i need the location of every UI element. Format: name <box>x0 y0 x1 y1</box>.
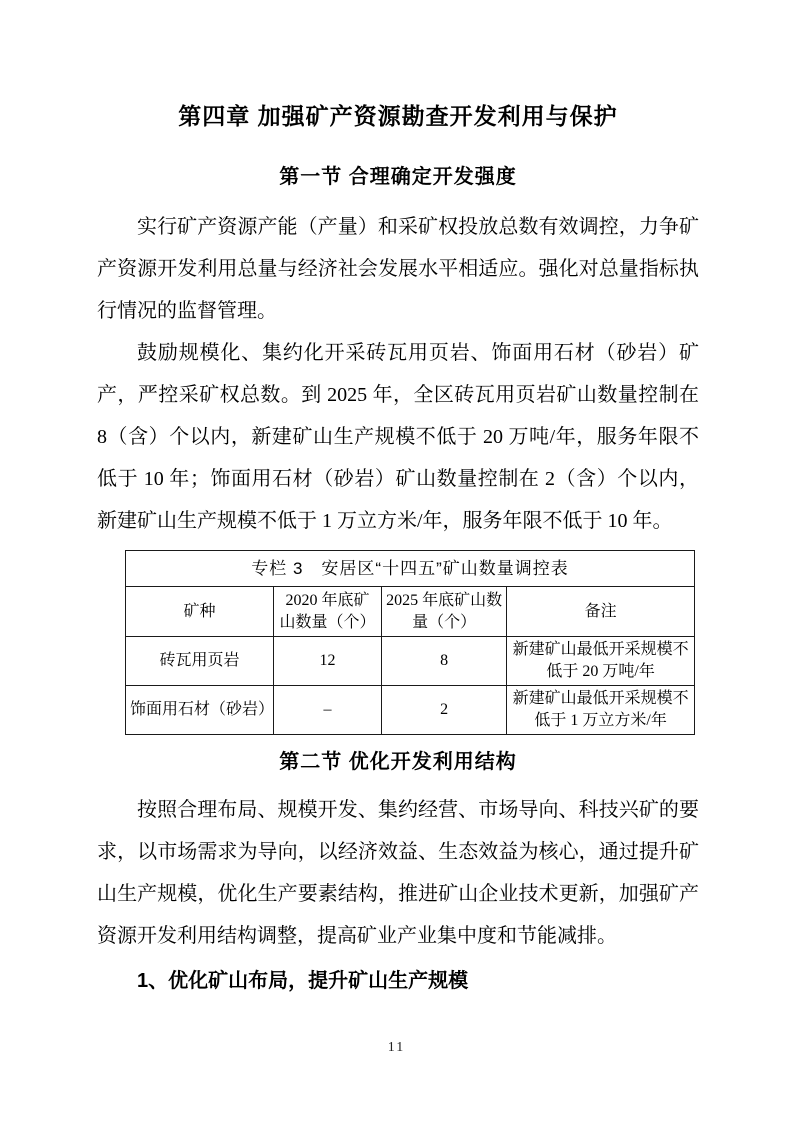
chapter-title: 第四章 加强矿产资源勘查开发利用与保护 <box>97 100 699 132</box>
section-2-title: 第二节 优化开发利用结构 <box>97 749 699 775</box>
cell-remark: 新建矿山最低开采规模不低于 20 万吨/年 <box>507 637 695 686</box>
table-row: 饰面用石材（砂岩） – 2 新建矿山最低开采规模不低于 1 万立方米/年 <box>126 686 695 735</box>
table-title: 专栏 3 安居区“十四五”矿山数量调控表 <box>126 551 695 587</box>
page-number: 11 <box>0 1040 793 1056</box>
paragraph-2: 鼓励规模化、集约化开采砖瓦用页岩、饰面用石材（砂岩）矿产，严控采矿权总数。到 2… <box>97 332 699 542</box>
table-header-row: 矿种 2020 年底矿山数量（个） 2025 年底矿山数量（个） 备注 <box>126 587 695 637</box>
document-page: 第四章 加强矿产资源勘查开发利用与保护 第一节 合理确定开发强度 实行矿产资源产… <box>0 0 793 1122</box>
table-row: 砖瓦用页岩 12 8 新建矿山最低开采规模不低于 20 万吨/年 <box>126 637 695 686</box>
table-header-2025-count: 2025 年底矿山数量（个） <box>382 587 507 637</box>
cell-mineral: 饰面用石材（砂岩） <box>126 686 274 735</box>
cell-2025-count: 8 <box>382 637 507 686</box>
page-content: 第四章 加强矿产资源勘查开发利用与保护 第一节 合理确定开发强度 实行矿产资源产… <box>97 100 699 995</box>
cell-mineral: 砖瓦用页岩 <box>126 637 274 686</box>
section-1-title: 第一节 合理确定开发强度 <box>97 164 699 190</box>
paragraph-1: 实行矿产资源产能（产量）和采矿权投放总数有效调控，力争矿产资源开发利用总量与经济… <box>97 206 699 332</box>
cell-2020-count: 12 <box>273 637 381 686</box>
cell-2020-count: – <box>273 686 381 735</box>
table-title-row: 专栏 3 安居区“十四五”矿山数量调控表 <box>126 551 695 587</box>
subsection-1-title: 1、优化矿山布局，提升矿山生产规模 <box>97 967 699 995</box>
mine-control-table: 专栏 3 安居区“十四五”矿山数量调控表 矿种 2020 年底矿山数量（个） 2… <box>125 550 695 735</box>
cell-remark: 新建矿山最低开采规模不低于 1 万立方米/年 <box>507 686 695 735</box>
table-header-2020-count: 2020 年底矿山数量（个） <box>273 587 381 637</box>
table-header-mineral: 矿种 <box>126 587 274 637</box>
paragraph-3: 按照合理布局、规模开发、集约经营、市场导向、科技兴矿的要求，以市场需求为导向，以… <box>97 789 699 957</box>
cell-2025-count: 2 <box>382 686 507 735</box>
table-header-remark: 备注 <box>507 587 695 637</box>
